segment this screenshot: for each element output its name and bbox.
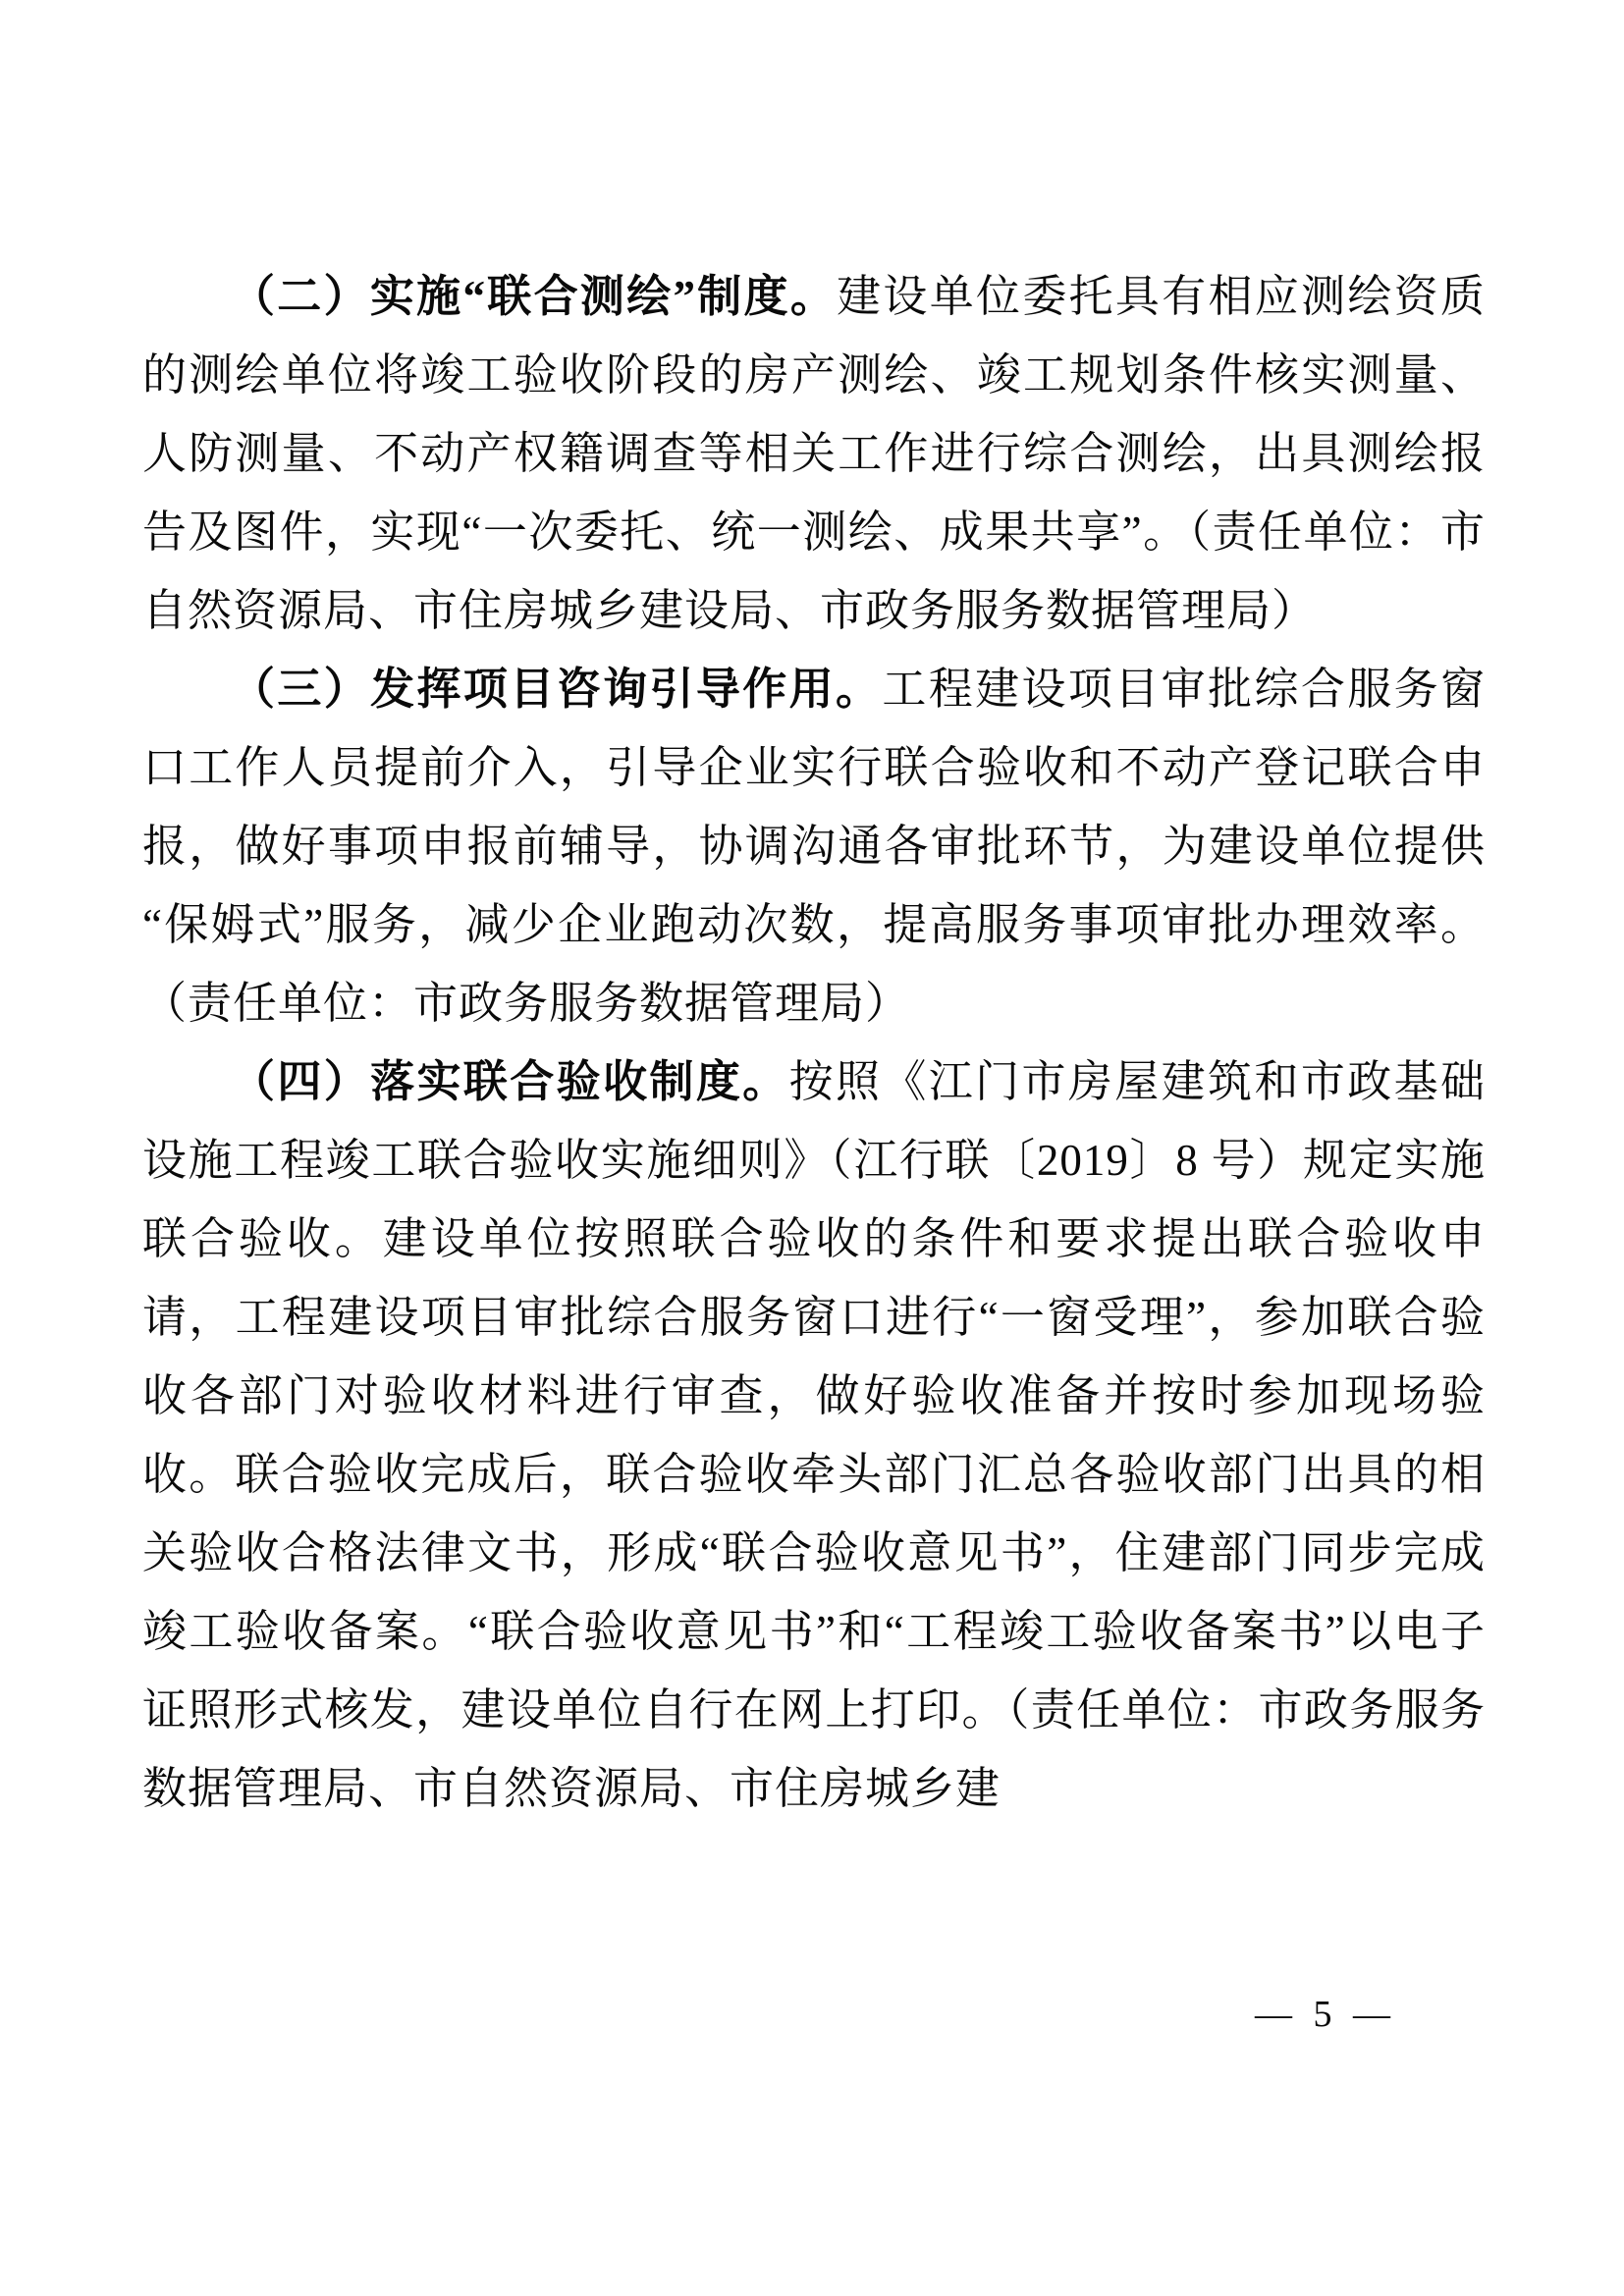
document-body: （二）实施“联合测绘”制度。建设单位委托具有相应测绘资质的测绘单位将竣工验收阶段… [142, 257, 1486, 1828]
document-page: （二）实施“联合测绘”制度。建设单位委托具有相应测绘资质的测绘单位将竣工验收阶段… [0, 0, 1624, 2296]
paragraph-lead: （二）实施“联合测绘”制度。 [231, 272, 837, 321]
paragraph-body: 按照《江门市房屋建筑和市政基础设施工程竣工联合验收实施细则》（江行联〔2019〕… [142, 1057, 1486, 1813]
paragraph-lead: （四）落实联合验收制度。 [231, 1057, 789, 1106]
paragraph: （二）实施“联合测绘”制度。建设单位委托具有相应测绘资质的测绘单位将竣工验收阶段… [142, 257, 1486, 650]
paragraph: （四）落实联合验收制度。按照《江门市房屋建筑和市政基础设施工程竣工联合验收实施细… [142, 1042, 1486, 1828]
paragraph-body: 建设单位委托具有相应测绘资质的测绘单位将竣工验收阶段的房产测绘、竣工规划条件核实… [142, 272, 1486, 635]
paragraph-lead: （三）发挥项目咨询引导作用。 [231, 665, 882, 714]
paragraph: （三）发挥项目咨询引导作用。工程建设项目审批综合服务窗口工作人员提前介入，引导企… [142, 650, 1486, 1042]
page-number: — 5 — [1255, 1993, 1396, 2036]
paragraph-body: 工程建设项目审批综合服务窗口工作人员提前介入，引导企业实行联合验收和不动产登记联… [142, 665, 1486, 1028]
